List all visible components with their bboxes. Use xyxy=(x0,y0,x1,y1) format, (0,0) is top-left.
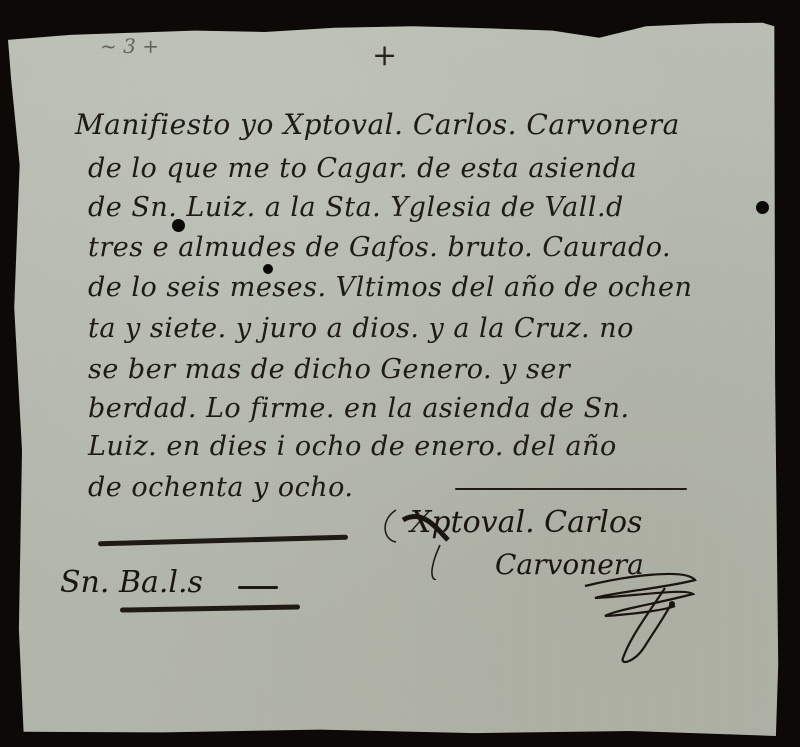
body-line: Manifiesto yo Xptoval. Carlos. Carvonera xyxy=(75,108,680,141)
body-line: se ber mas de dicho Genero. y ser xyxy=(88,354,570,385)
binding-hole xyxy=(756,201,769,214)
closing-line xyxy=(455,488,687,490)
body-line: de lo que me to Cagar. de esta asienda xyxy=(88,153,637,184)
margin-note: Sn. Ba.l.s xyxy=(60,565,203,600)
signature-rubric-icon xyxy=(575,558,705,668)
margin-dash xyxy=(238,586,278,589)
signature-flourish-icon xyxy=(378,500,458,580)
body-line: de ochenta y ocho. xyxy=(88,472,353,503)
body-line: berdad. Lo firme. en la asienda de Sn. xyxy=(88,393,630,424)
body-line: de lo seis meses. Vltimos del año de och… xyxy=(88,272,692,303)
body-line: tres e almudes de Gafos. bruto. Caurado. xyxy=(88,232,671,263)
body-line: de Sn. Luiz. a la Sta. Yglesia de Vall.d xyxy=(88,192,624,223)
folio-mark: ~ 3 + xyxy=(100,34,159,58)
body-line: ta y siete. y juro a dios. y a la Cruz. … xyxy=(88,313,634,344)
body-line: Luiz. en dies i ocho de enero. del año xyxy=(88,431,617,462)
cross-mark: + xyxy=(372,38,397,73)
